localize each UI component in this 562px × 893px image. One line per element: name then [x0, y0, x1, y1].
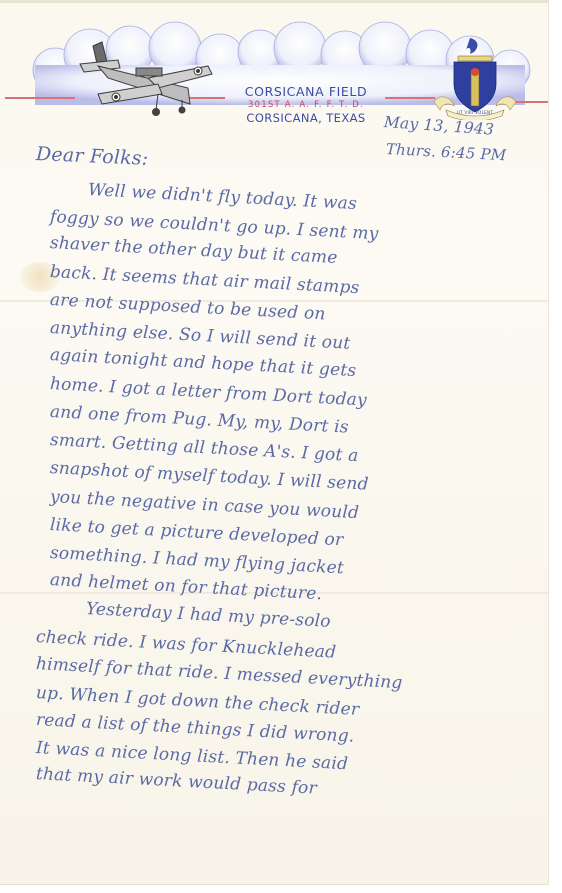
letterhead-location: CORSICANA, TEXAS — [226, 111, 386, 125]
letterhead-title: CORSICANA FIELD — [226, 84, 386, 99]
coat-of-arms-crest — [430, 36, 520, 120]
letterhead-rule — [385, 97, 435, 99]
letter-page: CORSICANA FIELD 301ST A. A. F. F. T. D. … — [0, 0, 549, 885]
letter-line: Well we didn't fly today. It was — [87, 180, 357, 214]
letterhead-rule — [5, 97, 75, 99]
airplane-illustration — [78, 38, 218, 118]
letterhead-unit: 301ST A. A. F. F. T. D. — [226, 99, 386, 111]
crest-motto: UT VIRI VOLENT — [447, 110, 503, 115]
letter-salutation: Dear Folks: — [36, 143, 149, 170]
paper-top-edge — [0, 0, 548, 3]
letterhead-text: CORSICANA FIELD 301ST A. A. F. F. T. D. … — [226, 84, 386, 125]
letter-line: Yesterday I had my pre-solo — [85, 599, 331, 632]
letter-time: Thurs. 6:45 PM — [386, 140, 507, 164]
